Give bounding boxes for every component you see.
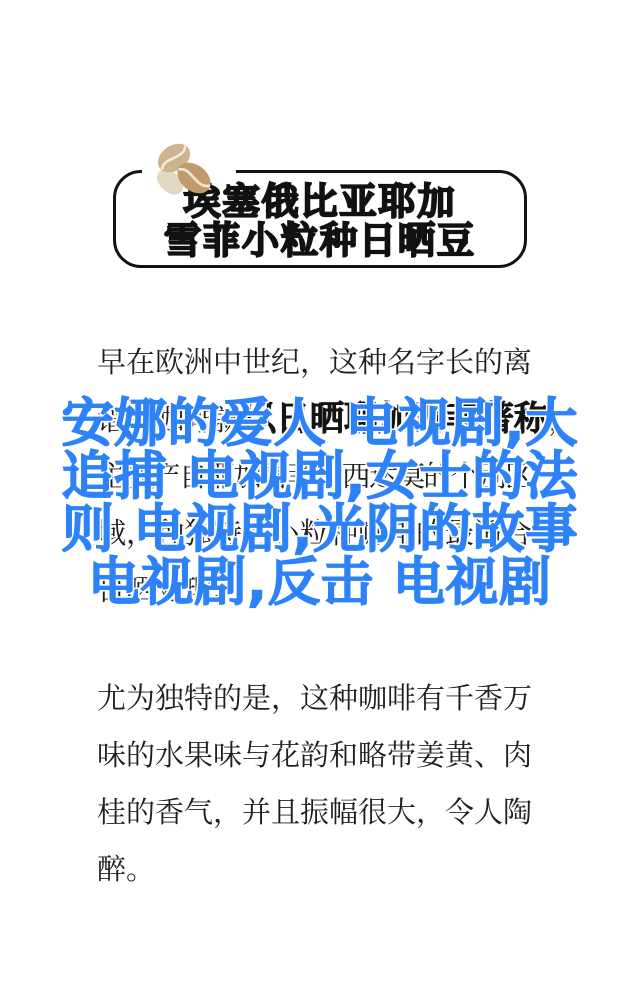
page-title-line-2: 雪菲小粒种日晒豆 bbox=[116, 221, 524, 260]
paragraph-2-line-3: 桂的香气，并且振幅很大，令人陶 bbox=[97, 784, 567, 841]
paragraph-2-line-1: 尤为独特的是，这种咖啡有千香万 bbox=[97, 670, 567, 727]
watermark-overlay: 安娜的爱人 电视剧,大 追捕 电视剧,女士的法 则 电视剧,光阴的故事 电视剧,… bbox=[0, 398, 640, 610]
watermark-line-3: 则 电视剧,光阴的故事 bbox=[0, 504, 640, 557]
watermark-line-1: 安娜的爱人 电视剧,大 bbox=[0, 398, 640, 451]
paragraph-2-line-4: 醉。 bbox=[97, 841, 567, 898]
paragraph-1-line-1: 早在欧洲中世纪，这种名字长的离 bbox=[97, 334, 567, 391]
watermark-line-4: 电视剧,反击 电视剧 bbox=[0, 557, 640, 610]
coffee-bean-icon bbox=[152, 136, 224, 204]
paragraph-2: 尤为独特的是，这种咖啡有千香万 味的水果味与花韵和略带姜黄、肉 桂的香气，并且振… bbox=[97, 670, 567, 898]
article-page: { "title": { "line1": "埃塞俄比亚耶加", "line2"… bbox=[0, 0, 640, 990]
watermark-line-2: 追捕 电视剧,女士的法 bbox=[0, 451, 640, 504]
paragraph-2-line-2: 味的水果味与花韵和略带姜黄、肉 bbox=[97, 727, 567, 784]
